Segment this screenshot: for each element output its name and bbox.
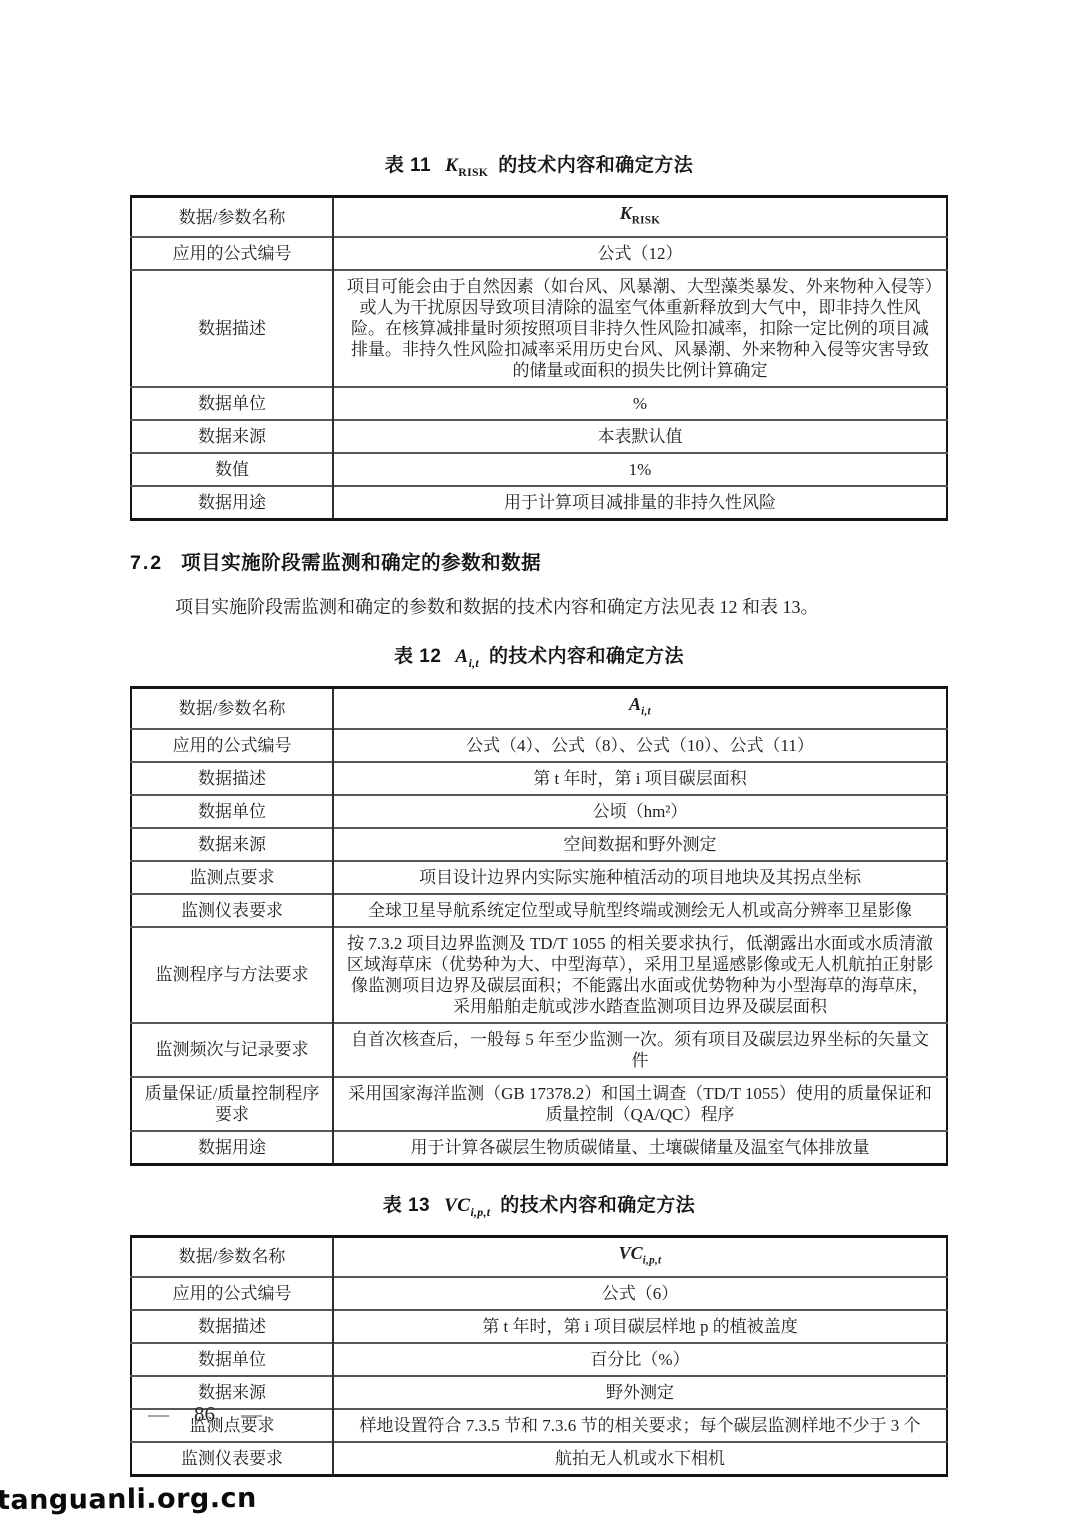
row-value: 全球卫星导航系统定位型或导航型终端或测绘无人机或高分辨率卫星影像 [333, 894, 947, 927]
row-value: 航拍无人机或水下相机 [333, 1442, 947, 1476]
table-row: 监测点要求项目设计边界内实际实施种植活动的项目地块及其拐点坐标 [131, 861, 947, 894]
table-row: 应用的公式编号公式（4）、公式（8）、公式（10）、公式（11） [131, 729, 947, 762]
table11-caption-param: KRISK [445, 155, 488, 176]
table-row: 应用的公式编号公式（12） [131, 237, 947, 270]
footer-left-dash: — [148, 1402, 168, 1427]
table12-caption: 表 12Ai,t的技术内容和确定方法 [130, 641, 948, 671]
table-13: 数据/参数名称 VCi,p,t 应用的公式编号公式（6）数据描述第 t 年时，第… [130, 1235, 948, 1478]
document-page: 表 11KRISK的技术内容和确定方法 数据/参数名称 KRISK 应用的公式编… [0, 0, 1080, 1528]
row-label: 监测仪表要求 [131, 1442, 333, 1476]
table-row: 数据用途用于计算项目减排量的非持久性风险 [131, 486, 947, 520]
row-value: 用于计算各碳层生物质碳储量、土壤碳储量及温室气体排放量 [333, 1131, 947, 1165]
page-content: 表 11KRISK的技术内容和确定方法 数据/参数名称 KRISK 应用的公式编… [130, 0, 948, 1477]
row-value: 用于计算项目减排量的非持久性风险 [333, 486, 947, 520]
row-label: 数值 [131, 453, 333, 486]
section-paragraph: 项目实施阶段需监测和确定的参数和数据的技术内容和确定方法见表 12 和表 13。 [130, 595, 948, 619]
footer-right-dash: — [241, 1402, 261, 1427]
row-label: 应用的公式编号 [131, 1277, 333, 1310]
table-row: 数据/参数名称 Ai,t [131, 688, 947, 729]
table13-caption-param: VCi,p,t [444, 1195, 490, 1216]
row-value: 空间数据和野外测定 [333, 828, 947, 861]
row-label: 数据/参数名称 [131, 196, 333, 237]
row-label: 监测频次与记录要求 [131, 1023, 333, 1077]
table-11: 数据/参数名称 KRISK 应用的公式编号公式（12）数据描述项目可能会由于自然… [130, 195, 948, 522]
row-value: 公式（6） [333, 1277, 947, 1310]
table-row: 数据/参数名称 KRISK [131, 196, 947, 237]
table-row: 数值1% [131, 453, 947, 486]
table-row: 监测程序与方法要求按 7.3.2 项目边界监测及 TD/T 1055 的相关要求… [131, 927, 947, 1023]
row-label: 应用的公式编号 [131, 729, 333, 762]
row-label: 数据描述 [131, 762, 333, 795]
section-number: 7.2 [130, 552, 163, 574]
watermark: tanguanli.org.cn [0, 1483, 257, 1516]
row-value: 野外测定 [333, 1376, 947, 1409]
table11-caption-prefix: 表 11 [385, 155, 431, 176]
table-row: 数据单位公顷（hm²） [131, 795, 947, 828]
table13-caption: 表 13VCi,p,t的技术内容和确定方法 [130, 1190, 948, 1220]
row-label: 质量保证/质量控制程序要求 [131, 1077, 333, 1131]
page-footer: — 86 — [148, 1402, 261, 1427]
row-value: % [333, 387, 947, 420]
row-label: 数据用途 [131, 1131, 333, 1165]
row-label: 数据/参数名称 [131, 1236, 333, 1277]
table-row: 数据描述第 t 年时，第 i 项目碳层面积 [131, 762, 947, 795]
table11-caption-suffix: 的技术内容和确定方法 [498, 155, 693, 176]
row-label: 数据描述 [131, 270, 333, 387]
page-number: 86 [194, 1402, 215, 1427]
row-label: 数据用途 [131, 486, 333, 520]
section-heading: 7.2项目实施阶段需监测和确定的参数和数据 [130, 547, 948, 575]
table-12: 数据/参数名称 Ai,t 应用的公式编号公式（4）、公式（8）、公式（10）、公… [130, 686, 948, 1166]
row-value: 采用国家海洋监测（GB 17378.2）和国土调查（TD/T 1055）使用的质… [333, 1077, 947, 1131]
row-label: 数据单位 [131, 1343, 333, 1376]
row-value: 公式（12） [333, 237, 947, 270]
row-label: 数据描述 [131, 1310, 333, 1343]
table-row: 监测仪表要求航拍无人机或水下相机 [131, 1442, 947, 1476]
table-row: 数据/参数名称 VCi,p,t [131, 1236, 947, 1277]
row-value: 项目可能会由于自然因素（如台风、风暴潮、大型藻类暴发、外来物种入侵等）或人为干扰… [333, 270, 947, 387]
table-row: 数据来源空间数据和野外测定 [131, 828, 947, 861]
row-value-param: VCi,p,t [333, 1236, 947, 1277]
row-label: 数据单位 [131, 387, 333, 420]
row-label: 监测点要求 [131, 861, 333, 894]
row-value: 本表默认值 [333, 420, 947, 453]
table-row: 应用的公式编号公式（6） [131, 1277, 947, 1310]
row-label: 监测程序与方法要求 [131, 927, 333, 1023]
row-value: 第 t 年时，第 i 项目碳层样地 p 的植被盖度 [333, 1310, 947, 1343]
table-row: 数据单位% [131, 387, 947, 420]
table-row: 数据描述项目可能会由于自然因素（如台风、风暴潮、大型藻类暴发、外来物种入侵等）或… [131, 270, 947, 387]
row-label: 应用的公式编号 [131, 237, 333, 270]
table-row: 数据描述第 t 年时，第 i 项目碳层样地 p 的植被盖度 [131, 1310, 947, 1343]
row-value-param: KRISK [333, 196, 947, 237]
table-row: 监测频次与记录要求自首次核查后，一般每 5 年至少监测一次。须有项目及碳层边界坐… [131, 1023, 947, 1077]
table-row: 数据单位百分比（%） [131, 1343, 947, 1376]
table13-caption-suffix: 的技术内容和确定方法 [500, 1195, 695, 1216]
section-title: 项目实施阶段需监测和确定的参数和数据 [181, 552, 541, 574]
table13-caption-prefix: 表 13 [383, 1195, 430, 1216]
row-label: 监测仪表要求 [131, 894, 333, 927]
row-label: 数据来源 [131, 420, 333, 453]
row-label: 数据/参数名称 [131, 688, 333, 729]
table-row: 数据来源本表默认值 [131, 420, 947, 453]
table-row: 数据用途用于计算各碳层生物质碳储量、土壤碳储量及温室气体排放量 [131, 1131, 947, 1165]
table12-caption-param: Ai,t [455, 646, 479, 667]
row-value: 样地设置符合 7.3.5 节和 7.3.6 节的相关要求；每个碳层监测样地不少于… [333, 1409, 947, 1442]
table12-caption-prefix: 表 12 [394, 646, 441, 667]
row-value: 第 t 年时，第 i 项目碳层面积 [333, 762, 947, 795]
row-value: 公顷（hm²） [333, 795, 947, 828]
row-value: 1% [333, 453, 947, 486]
row-value: 百分比（%） [333, 1343, 947, 1376]
row-value: 公式（4）、公式（8）、公式（10）、公式（11） [333, 729, 947, 762]
row-value: 项目设计边界内实际实施种植活动的项目地块及其拐点坐标 [333, 861, 947, 894]
row-label: 数据来源 [131, 828, 333, 861]
row-value-param: Ai,t [333, 688, 947, 729]
row-value: 按 7.3.2 项目边界监测及 TD/T 1055 的相关要求执行，低潮露出水面… [333, 927, 947, 1023]
table-row: 质量保证/质量控制程序要求采用国家海洋监测（GB 17378.2）和国土调查（T… [131, 1077, 947, 1131]
table-row: 监测仪表要求全球卫星导航系统定位型或导航型终端或测绘无人机或高分辨率卫星影像 [131, 894, 947, 927]
row-value: 自首次核查后，一般每 5 年至少监测一次。须有项目及碳层边界坐标的矢量文件 [333, 1023, 947, 1077]
table11-caption: 表 11KRISK的技术内容和确定方法 [130, 150, 948, 180]
row-label: 数据单位 [131, 795, 333, 828]
table12-caption-suffix: 的技术内容和确定方法 [489, 646, 684, 667]
